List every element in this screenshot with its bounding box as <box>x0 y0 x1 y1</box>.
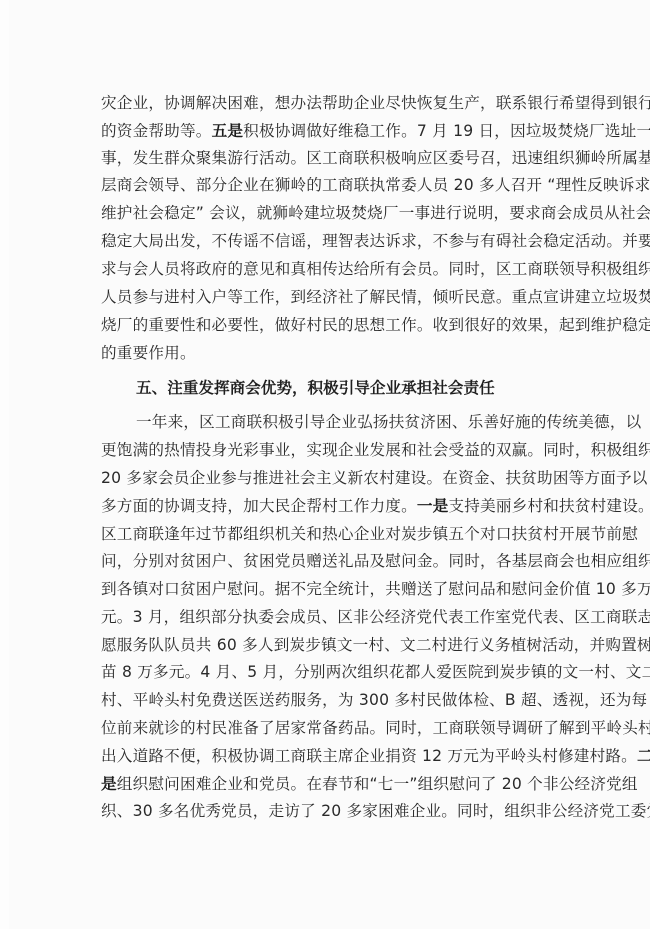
text-line: 20 多家会员企业参与推进社会主义新农村建设。在资金、扶贫助困等方面予以 <box>101 466 559 490</box>
text-line: 是组织慰问困难企业和党员。在春节和“七一”组织慰问了 20 个非公经济党组 <box>101 772 559 796</box>
text-line: 稳定大局出发，不传谣不信谣，理智表达诉求，不参与有碍社会稳定活动。并要 <box>101 229 559 253</box>
text-line: 人员参与进村入户等工作，到经济社了解民情，倾听民意。重点宣讲建立垃圾焚 <box>101 285 559 309</box>
text-line: 层商会领导、部分企业在狮岭的工商联执常委人员 20 多人召开 “理性反映诉求， <box>101 173 559 197</box>
text-line: 织、30 多名优秀党员，走访了 20 多家困难企业。同时，组织非公经济党工委党 <box>101 799 559 823</box>
text-line: 区工商联逢年过节都组织机关和热心企业对炭步镇五个对口扶贫村开展节前慰 <box>101 522 559 546</box>
text-span: 积极协调做好维稳工作。7 月 19 日，因垃圾焚烧厂选址一 <box>243 122 650 140</box>
text-span: 多方面的协调支持，加大民企帮村工作力度。 <box>101 497 417 515</box>
text-line: 的重要作用。 <box>101 341 559 365</box>
text-line: 元。3 月，组织部分执委会成员、区非公经济党代表工作室党代表、区工商联志 <box>101 605 559 629</box>
text-line: 灾企业，协调解决困难，想办法帮助企业尽快恢复生产，联系银行希望得到银行 <box>101 91 559 115</box>
text-line: 出入道路不便，积极协调工商联主席企业捐资 12 万元为平岭头村修建村路。二 <box>101 744 559 768</box>
text-line: 维护社会稳定” 会议，就狮岭建垃圾焚烧厂一事进行说明，要求商会成员从社会 <box>101 201 559 225</box>
text-line: 村、平岭头村免费送医送药服务，为 300 多村民做体检、B 超、透视，还为每 <box>101 688 559 712</box>
bold-marker: 是 <box>101 775 117 793</box>
text-span: 支持美丽乡村和扶贫村建设。 <box>448 497 650 515</box>
text-line: 一年来，区工商联积极引导企业弘扬扶贫济困、乐善好施的传统美德，以 <box>136 410 559 434</box>
text-line: 更饱满的热情投身光彩事业，实现企业发展和社会受益的双赢。同时，积极组织 <box>101 438 559 462</box>
text-line: 问，分别对贫困户、贫困党员赠送礼品及慰问金。同时，各基层商会也相应组织 <box>101 549 559 573</box>
text-line: 事，发生群众聚集游行活动。区工商联积极响应区委号召，迅速组织狮岭所属基 <box>101 146 559 170</box>
text-span: 组织慰问困难企业和党员。在春节和“七一”组织慰问了 20 个非公经济党组 <box>117 775 638 793</box>
text-line: 求与会人员将政府的意见和真相传达给所有会员。同时，区工商联领导积极组织 <box>101 257 559 281</box>
text-line: 愿服务队队员共 60 多人到炭步镇文一村、文二村进行义务植树活动，并购置树 <box>101 633 559 657</box>
bold-marker: 一是 <box>417 497 449 515</box>
section-heading: 五、注重发挥商会优势，积极引导企业承担社会责任 <box>136 376 495 400</box>
bold-marker: 二 <box>637 747 650 765</box>
text-line: 多方面的协调支持，加大民企帮村工作力度。一是支持美丽乡村和扶贫村建设。 <box>101 494 559 518</box>
document-page: 灾企业，协调解决困难，想办法帮助企业尽快恢复生产，联系银行希望得到银行 的资金帮… <box>0 0 650 929</box>
bold-marker: 五是 <box>212 122 244 140</box>
text-span: 的资金帮助等。 <box>101 122 212 140</box>
text-line: 位前来就诊的村民准备了居家常备药品。同时，工商联领导调研了解到平岭头村 <box>101 716 559 740</box>
text-line: 烧厂的重要性和必要性，做好村民的思想工作。收到很好的效果，起到维护稳定 <box>101 313 559 337</box>
text-line: 苗 8 万多元。4 月、5 月，分别两次组织花都人爱医院到炭步镇的文一村、文二 <box>101 660 559 684</box>
text-line: 的资金帮助等。五是积极协调做好维稳工作。7 月 19 日，因垃圾焚烧厂选址一 <box>101 119 559 143</box>
text-line: 到各镇对口贫困户慰问。据不完全统计，共赠送了慰问品和慰问金价值 10 多万 <box>101 577 559 601</box>
text-span: 出入道路不便，积极协调工商联主席企业捐资 12 万元为平岭头村修建村路。 <box>101 747 637 765</box>
